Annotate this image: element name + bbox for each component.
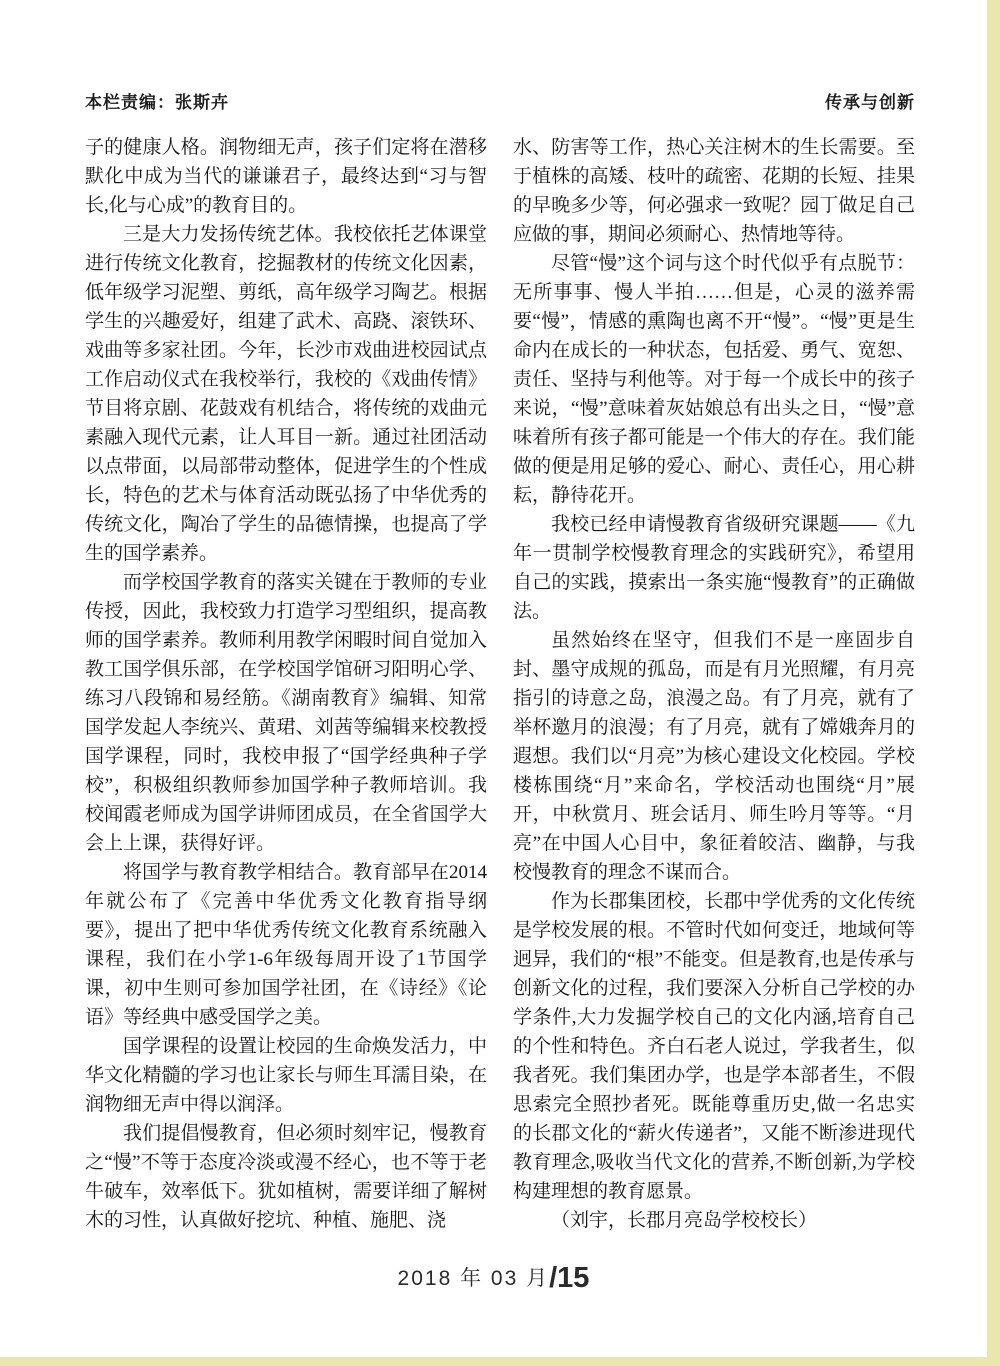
article-body: 子的健康人格。润物细无声，孩子们定将在潜移默化中成为当代的谦谦君子，最终达到“习… <box>85 133 915 1235</box>
scan-edge-bottom <box>0 1357 1000 1366</box>
footer-page-number: /15 <box>549 1262 589 1294</box>
paragraph: 子的健康人格。润物细无声，孩子们定将在潜移默化中成为当代的谦谦君子，最终达到“习… <box>85 133 487 220</box>
paragraph: 我们提倡慢教育，但必须时刻牢记，慢教育之“慢”不等于态度冷淡或漫不经心，也不等于… <box>85 1119 487 1235</box>
right-text-column: 水、防害等工作，热心关注树木的生长需要。至于植株的高矮、枝叶的疏密、花期的长短、… <box>513 133 915 1235</box>
scan-edge-right <box>987 0 1000 1366</box>
paragraph: 我校已经申请慢教育省级研究课题——《九年一贯制学校慢教育理念的实践研究》，希望用… <box>513 510 915 626</box>
column-editor-label: 本栏责编：张斯卉 <box>85 88 229 113</box>
paragraph: 虽然始终在坚守，但我们不是一座固步自封、墨守成规的孤岛，而是有月光照耀，有月亮指… <box>513 626 915 887</box>
paragraph: 国学课程的设置让校园的生命焕发活力，中华文化精髓的学习也让家长与师生耳濡目染，在… <box>85 1032 487 1119</box>
page-header: 本栏责编：张斯卉 传承与创新 <box>85 88 915 113</box>
paragraph: 尽管“慢”这个词与这个时代似乎有点脱节：无所事事、慢人半拍……但是，心灵的滋养需… <box>513 249 915 510</box>
page-footer: 2018 年 03 月/15 <box>0 1262 987 1295</box>
paragraph: 将国学与教育教学相结合。教育部早在2014年就公布了《完善中华优秀文化教育指导纲… <box>85 858 487 1032</box>
paragraph: 作为长郡集团校，长郡中学优秀的文化传统是学校发展的根。不管时代如何变迁，地域何等… <box>513 887 915 1206</box>
left-text-column: 子的健康人格。润物细无声，孩子们定将在潜移默化中成为当代的谦谦君子，最终达到“习… <box>85 133 487 1235</box>
footer-issue-date: 2018 年 03 月 <box>398 1267 550 1290</box>
magazine-page: 本栏责编：张斯卉 传承与创新 子的健康人格。润物细无声，孩子们定将在潜移默化中成… <box>0 0 987 1357</box>
paragraph: 三是大力发扬传统艺体。我校依托艺体课堂进行传统文化教育，挖掘教材的传统文化因素，… <box>85 220 487 568</box>
paragraph: 水、防害等工作，热心关注树木的生长需要。至于植株的高矮、枝叶的疏密、花期的长短、… <box>513 133 915 249</box>
paragraph: 而学校国学教育的落实关键在于教师的专业传授，因此，我校致力打造学习型组织，提高教… <box>85 568 487 858</box>
signature-line: （刘宇，长郡月亮岛学校校长） <box>513 1206 915 1235</box>
section-title: 传承与创新 <box>825 88 915 113</box>
